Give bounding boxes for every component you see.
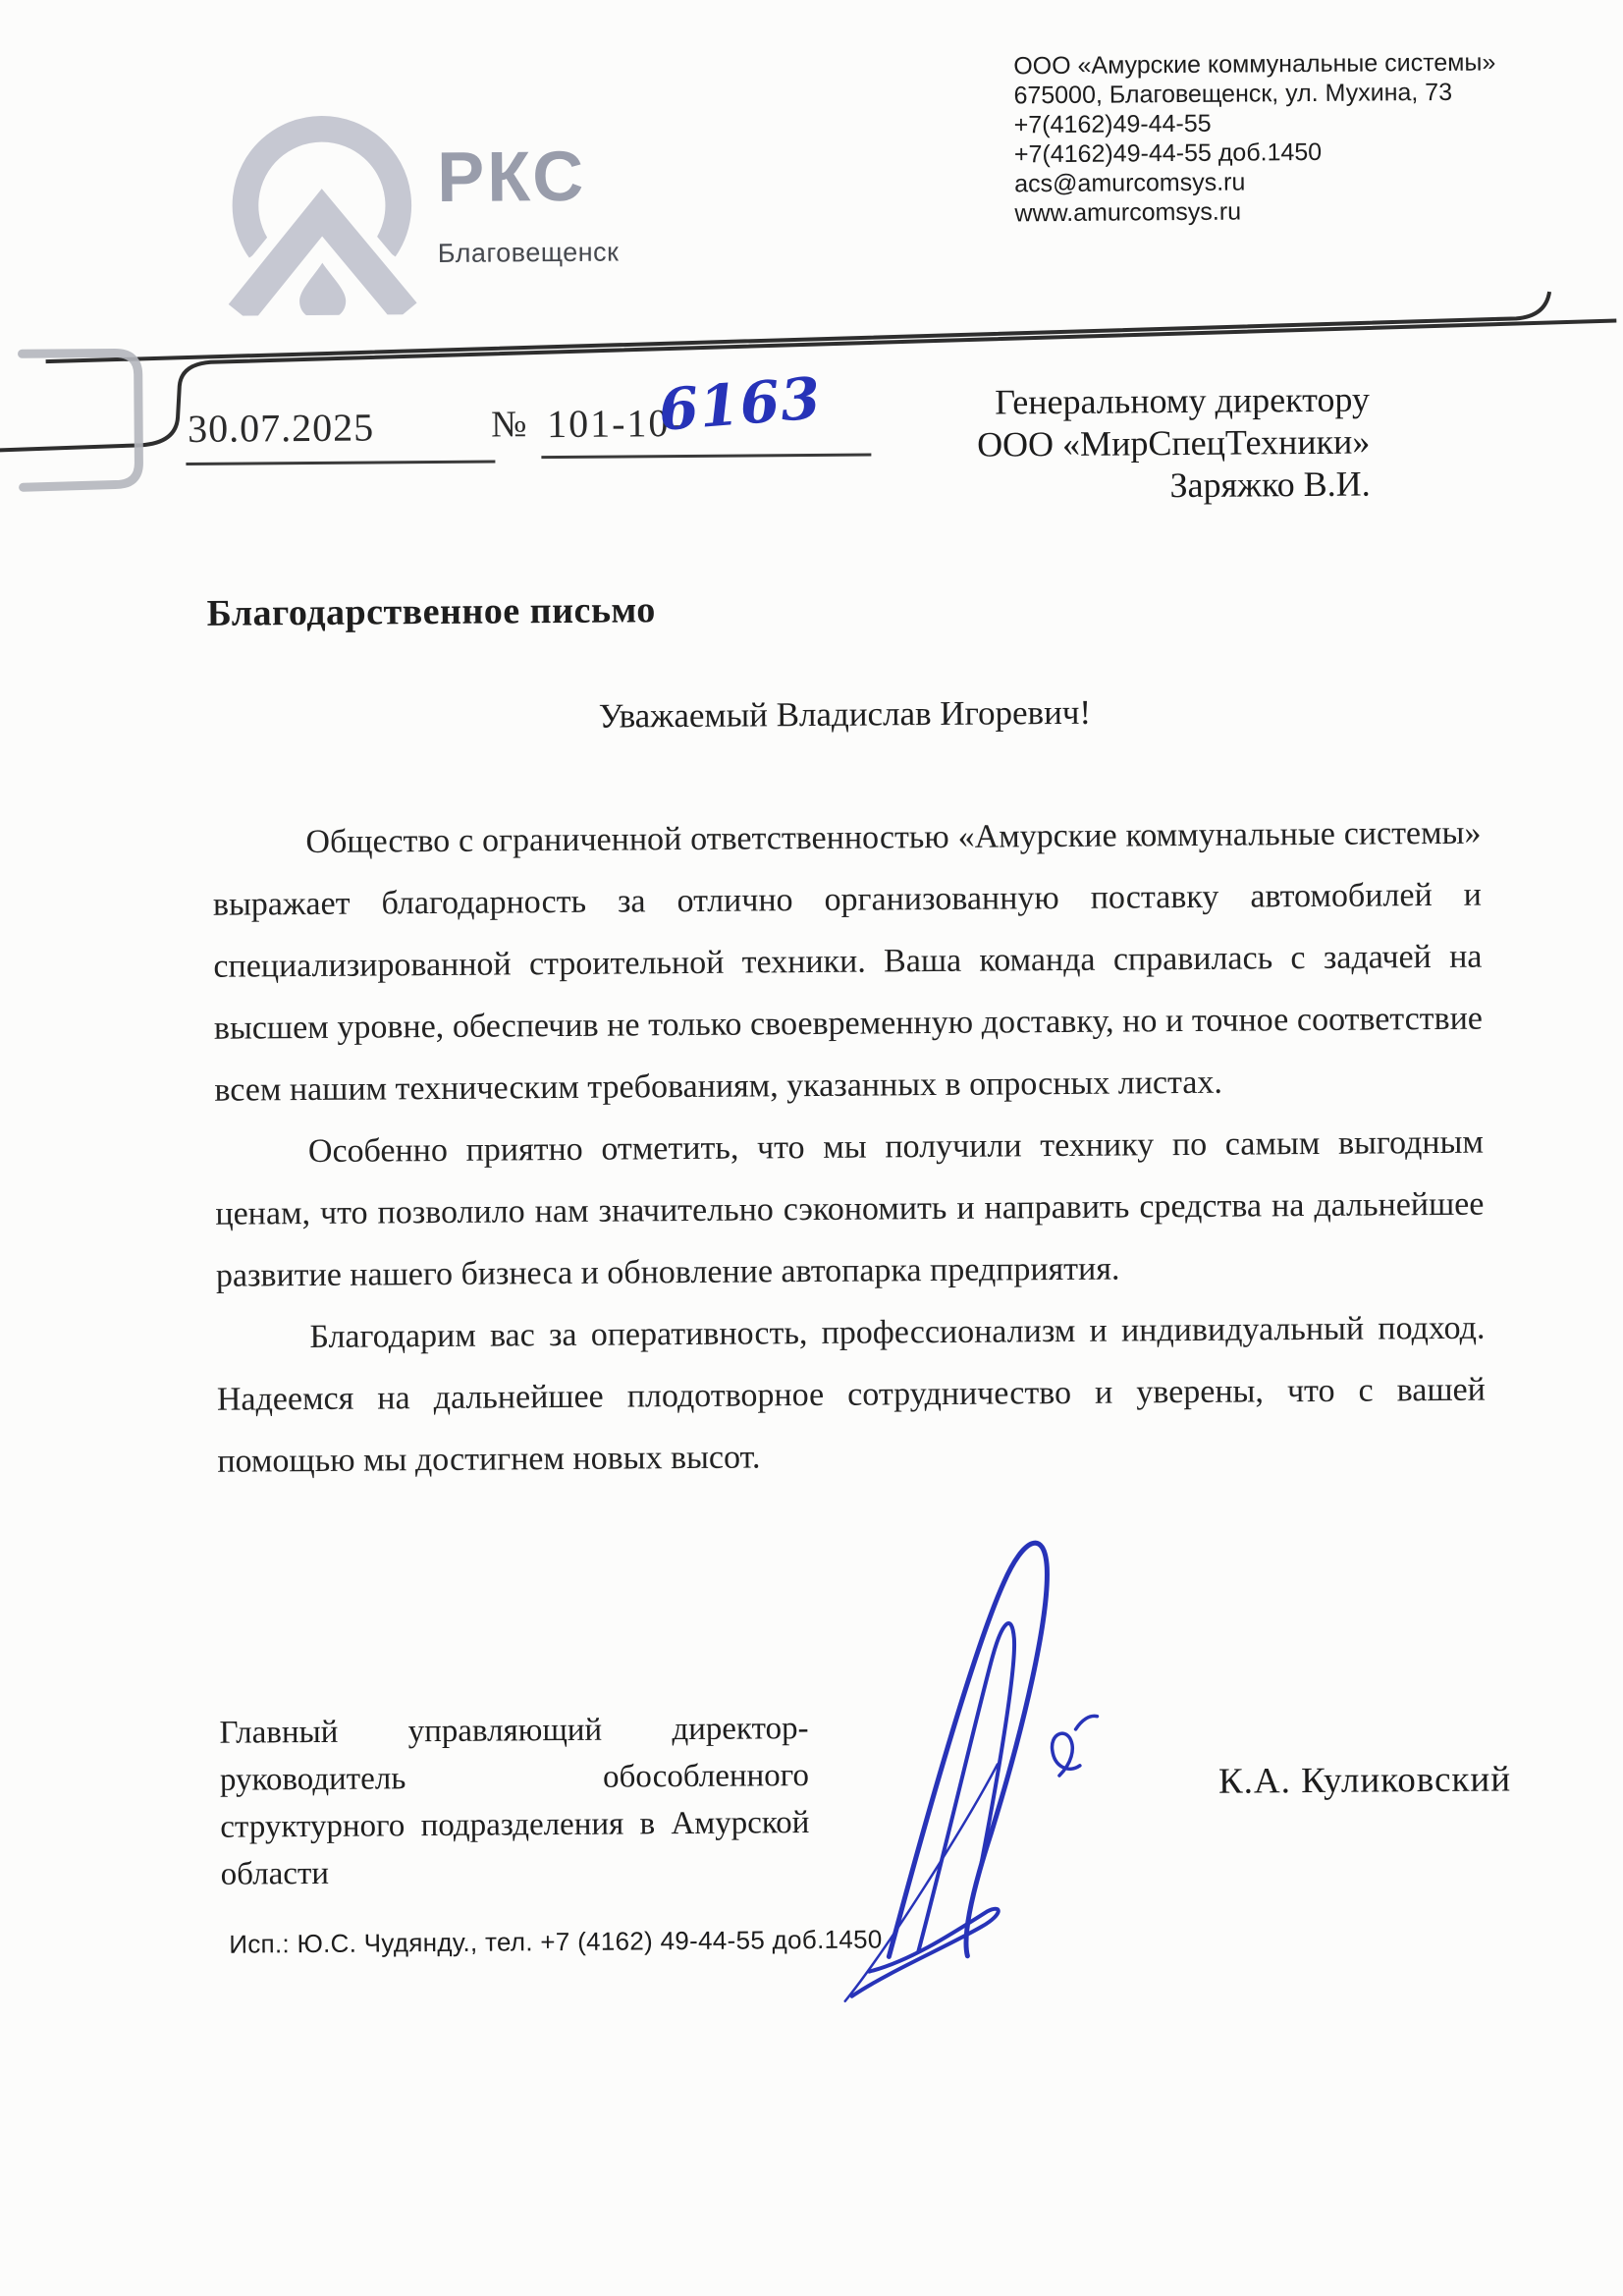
- letter-page: РКС Благовещенск ООО «Амурские коммуналь…: [0, 0, 1623, 2296]
- margin-bracket-mark: [23, 353, 139, 487]
- salutation: Уважаемый Владислав Игоревич!: [211, 690, 1478, 739]
- company-requisites: ООО «Амурские коммунальные системы» 6750…: [1013, 47, 1496, 228]
- letter-title: Благодарственное письмо: [206, 588, 656, 635]
- recipient-block: Генеральному директору ООО «МирСпецТехни…: [977, 379, 1371, 509]
- company-phone-ext: +7(4162)49-44-55 доб.1450: [1014, 136, 1496, 169]
- letter-date: 30.07.2025: [188, 404, 374, 451]
- signer-position-line: руководитель обособленного: [220, 1752, 809, 1804]
- company-name: ООО «Амурские коммунальные системы»: [1013, 47, 1495, 81]
- executor-line: Исп.: Ю.С. Чудянду., тел. +7 (4162) 49-4…: [229, 1924, 883, 1959]
- signer-position-line: Главный управляющий директор-: [219, 1705, 808, 1757]
- paragraph-2: Особенно приятно отметить, что мы получи…: [215, 1112, 1485, 1307]
- company-email: acs@amurcomsys.ru: [1014, 165, 1496, 198]
- scanned-letter: РКС Благовещенск ООО «Амурские коммуналь…: [0, 0, 1623, 2296]
- letter-body: Общество с ограниченной ответственностью…: [212, 802, 1486, 1493]
- paragraph-1: Общество с ограниченной ответственностью…: [212, 802, 1483, 1121]
- paragraph-3: Благодарим вас за оперативность, професс…: [216, 1297, 1486, 1493]
- number-sign: №: [491, 403, 527, 446]
- recipient-company: ООО «МирСпецТехники»: [977, 421, 1371, 466]
- recipient-position: Генеральному директору: [977, 379, 1371, 424]
- letter-number-handwritten: 6163: [657, 369, 823, 439]
- recipient-person: Заряжко В.И.: [977, 464, 1371, 509]
- letterhead-rule-top: [45, 292, 1549, 361]
- signer-name: К.А. Куликовский: [1218, 1758, 1511, 1802]
- signer-position-line: структурного подразделения в Амурской: [220, 1799, 809, 1851]
- signer-position-block: Главный управляющий директор- руководите…: [219, 1705, 809, 1898]
- company-phone: +7(4162)49-44-55: [1014, 106, 1496, 139]
- company-website: www.amurcomsys.ru: [1014, 194, 1496, 228]
- signer-position-line: области: [221, 1846, 810, 1898]
- brand-city: Благовещенск: [438, 238, 620, 268]
- company-address: 675000, Благовещенск, ул. Мухина, 73: [1013, 77, 1495, 110]
- brand-name: РКС: [437, 141, 587, 213]
